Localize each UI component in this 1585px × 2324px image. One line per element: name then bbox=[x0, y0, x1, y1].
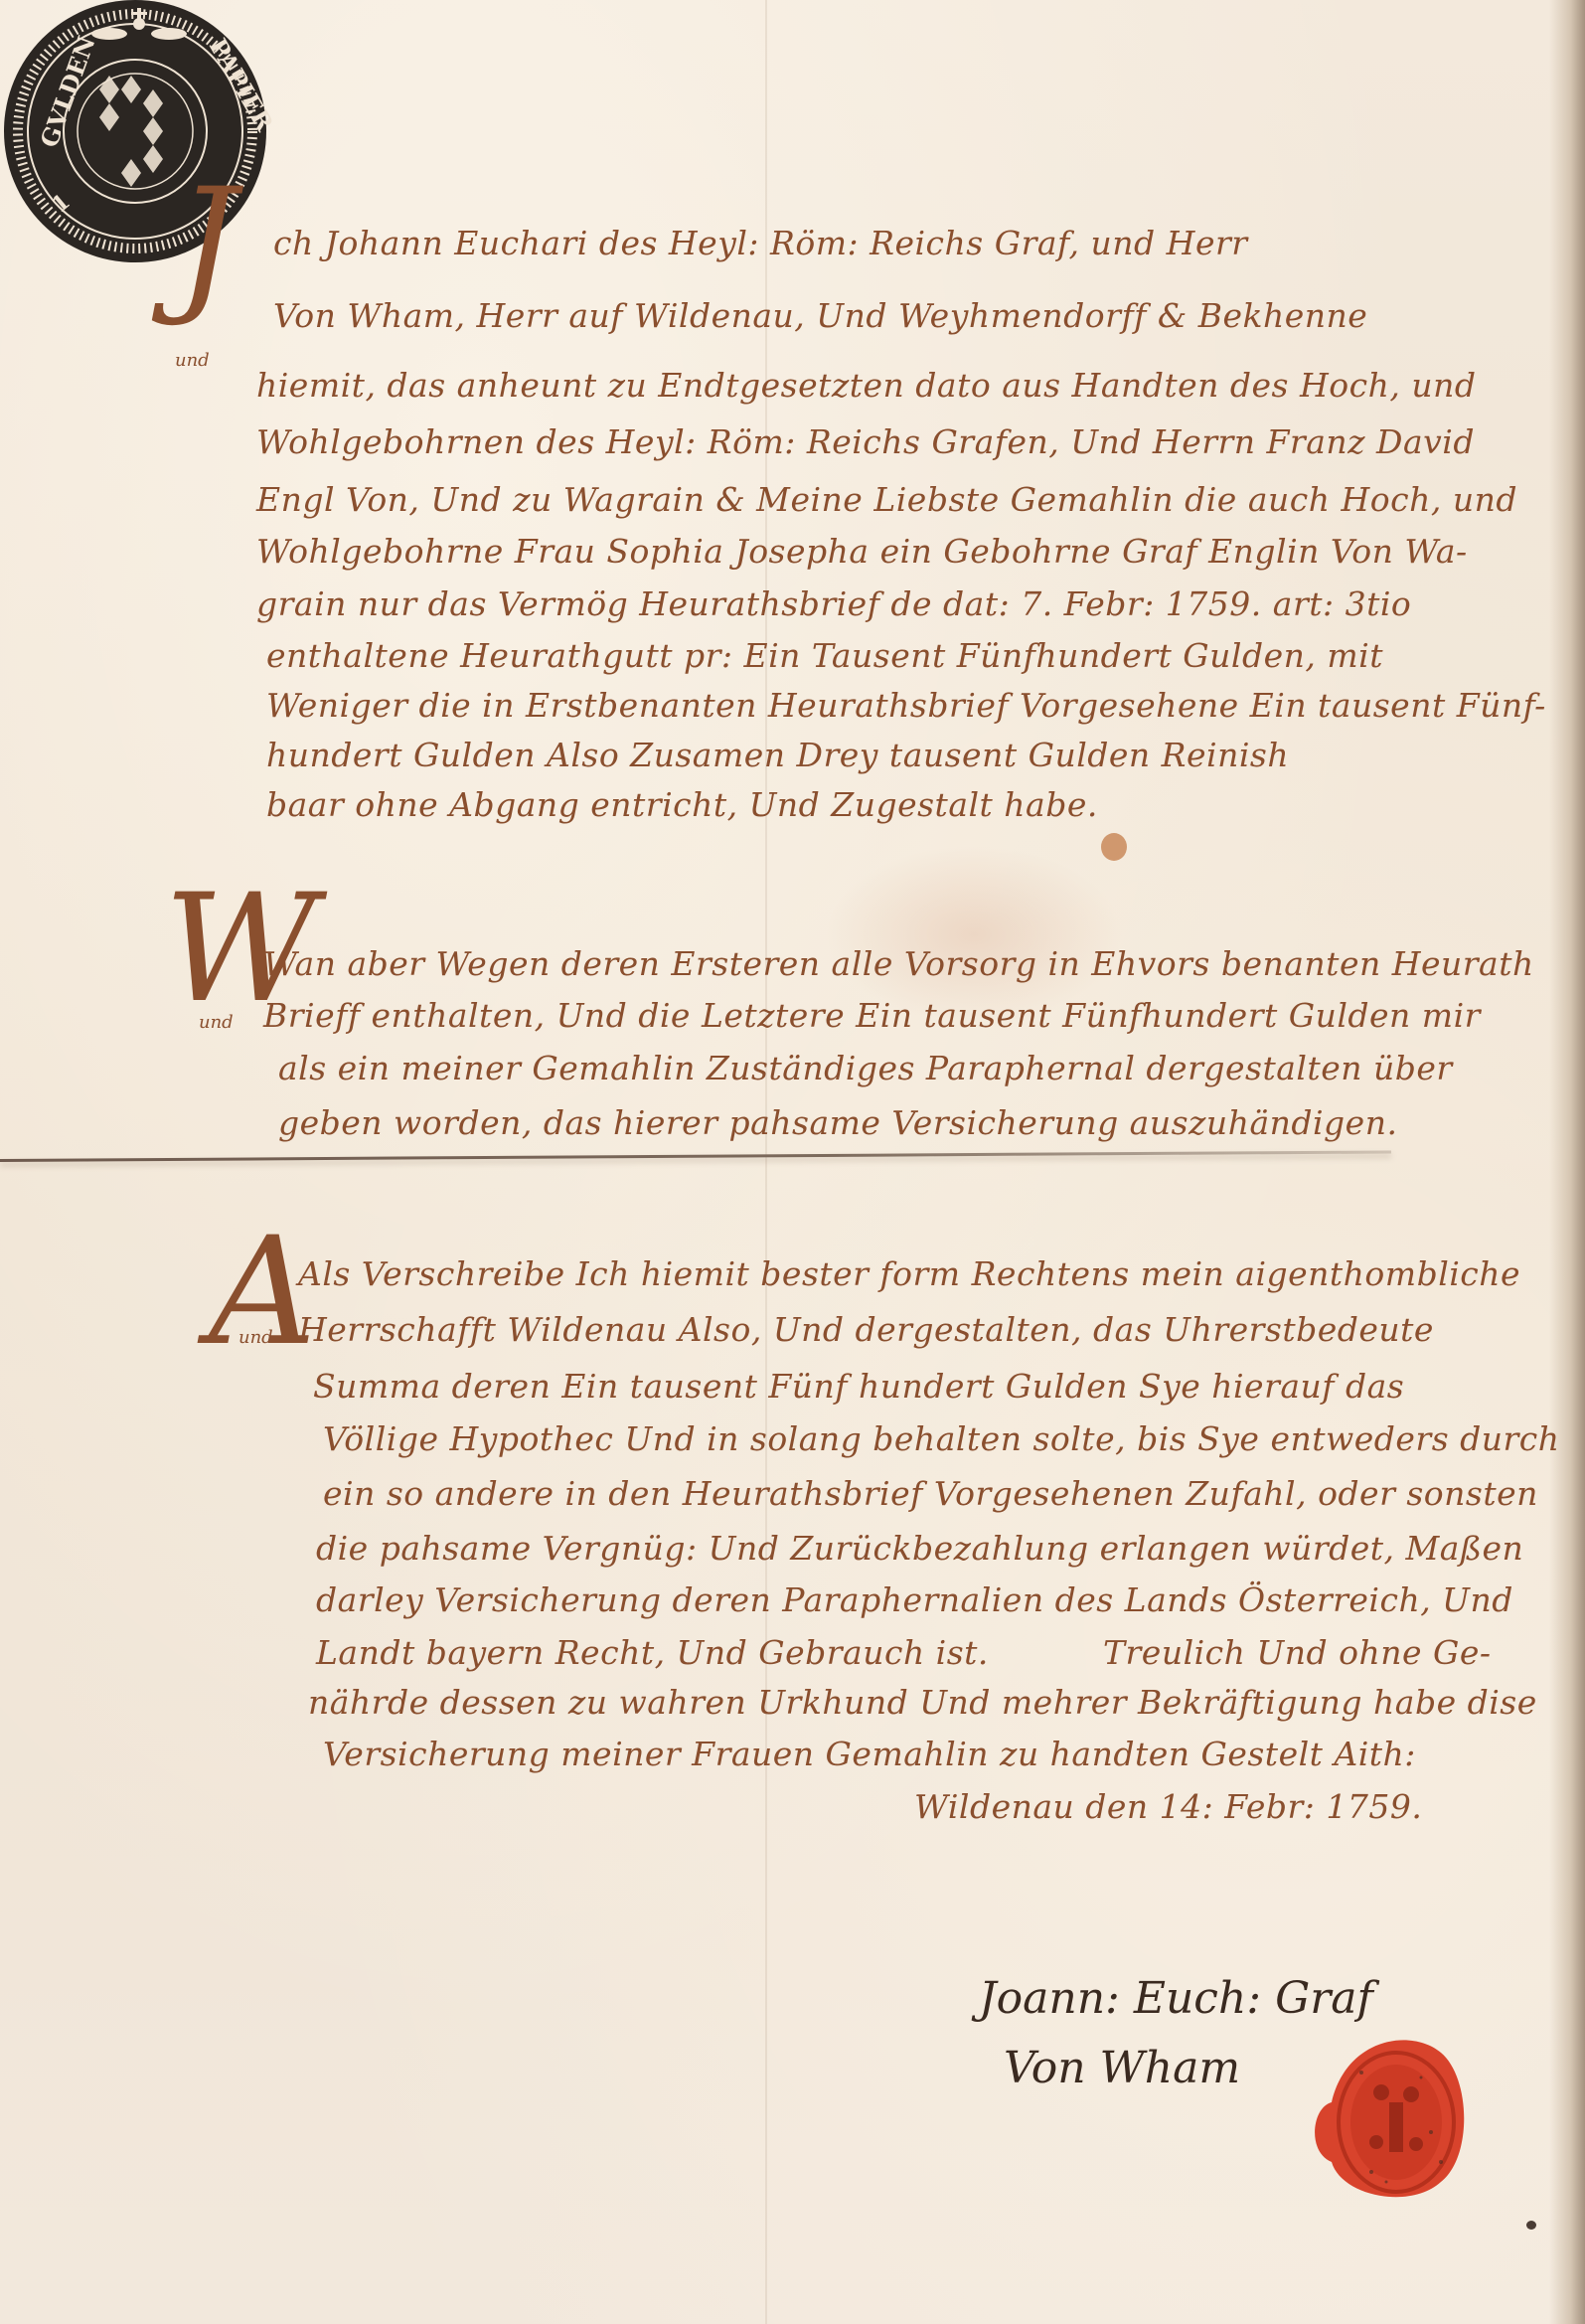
text-line: Weniger die in Erstbenanten Heurathsbrie… bbox=[266, 686, 1546, 725]
paragraph2-margin-note: und bbox=[199, 1012, 234, 1033]
place-date-line: Wildenau den 14: Febr: 1759. bbox=[914, 1787, 1422, 1826]
text-line: hundert Gulden Also Zusamen Drey tausent… bbox=[266, 736, 1289, 774]
paper-right-edge bbox=[1549, 0, 1585, 2324]
text-line: die pahsame Vergnüg: Und Zurückbezahlung… bbox=[316, 1529, 1523, 1568]
text-line: Brieff enthalten, Und die Letztere Ein t… bbox=[263, 996, 1481, 1035]
text-line: ch Johann Euchari des Heyl: Röm: Reichs … bbox=[273, 224, 1248, 262]
ink-spot bbox=[1101, 833, 1127, 861]
text-line: Versicherung meiner Frauen Gemahlin zu h… bbox=[323, 1735, 1416, 1773]
red-wax-seal bbox=[1302, 2033, 1471, 2207]
gulden-papier-stamp: GVLDEN PAPIER 1 bbox=[0, 0, 298, 268]
text-line: Von Wham, Herr auf Wildenau, Und Weyhmen… bbox=[273, 296, 1367, 335]
wax-seal-icon bbox=[1302, 2033, 1471, 2207]
text-line: Engl Von, Und zu Wagrain & Meine Liebste… bbox=[256, 480, 1517, 519]
text-line: baar ohne Abgang entricht, Und Zugestalt… bbox=[266, 785, 1098, 824]
text-line: grain nur das Vermög Heurathsbrief de da… bbox=[256, 584, 1411, 623]
text-line: ein so andere in den Heurathsbrief Vorge… bbox=[323, 1474, 1538, 1513]
signature-line2: Von Wham bbox=[1004, 2043, 1240, 2093]
stamp-seal-icon: GVLDEN PAPIER 1 bbox=[0, 0, 298, 268]
text-line: nährde dessen zu wahren Urkhund Und mehr… bbox=[308, 1683, 1537, 1722]
text-line: Völlige Hypothec Und in solang behalten … bbox=[323, 1419, 1560, 1458]
text-line: enthaltene Heurathgutt pr: Ein Tausent F… bbox=[266, 636, 1383, 675]
text-line: als ein meiner Gemahlin Zuständiges Para… bbox=[278, 1049, 1453, 1087]
text-line: Herrschafft Wildenau Also, Und dergestal… bbox=[298, 1310, 1434, 1349]
text-line: Wohlgebohrne Frau Sophia Josepha ein Geb… bbox=[256, 532, 1468, 571]
signature-line1: Joann: Euch: Graf bbox=[979, 1973, 1373, 2024]
text-line: Wohlgebohrnen des Heyl: Röm: Reichs Graf… bbox=[256, 422, 1475, 461]
text-line: Treulich Und ohne Ge- bbox=[1103, 1633, 1492, 1672]
text-line: darley Versicherung deren Paraphernalien… bbox=[316, 1580, 1513, 1619]
text-line: geben worden, das hierer pahsame Versich… bbox=[278, 1103, 1397, 1142]
text-line: Summa deren Ein tausent Fünf hundert Gul… bbox=[313, 1367, 1404, 1406]
paragraph1-initial: J bbox=[177, 169, 237, 318]
text-line: Landt bayern Recht, Und Gebrauch ist. bbox=[316, 1633, 989, 1672]
vertical-fold-crease bbox=[765, 0, 767, 2324]
dirt-spot bbox=[1526, 2221, 1536, 2230]
paragraph3-margin-note: und bbox=[238, 1327, 273, 1348]
text-line: Als Verschreibe Ich hiemit bester form R… bbox=[298, 1254, 1520, 1293]
text-line: hiemit, das anheunt zu Endtgesetzten dat… bbox=[256, 366, 1476, 405]
text-line: Wan aber Wegen deren Ersteren alle Vorso… bbox=[263, 944, 1534, 983]
paragraph1-margin-note: und bbox=[175, 350, 210, 371]
